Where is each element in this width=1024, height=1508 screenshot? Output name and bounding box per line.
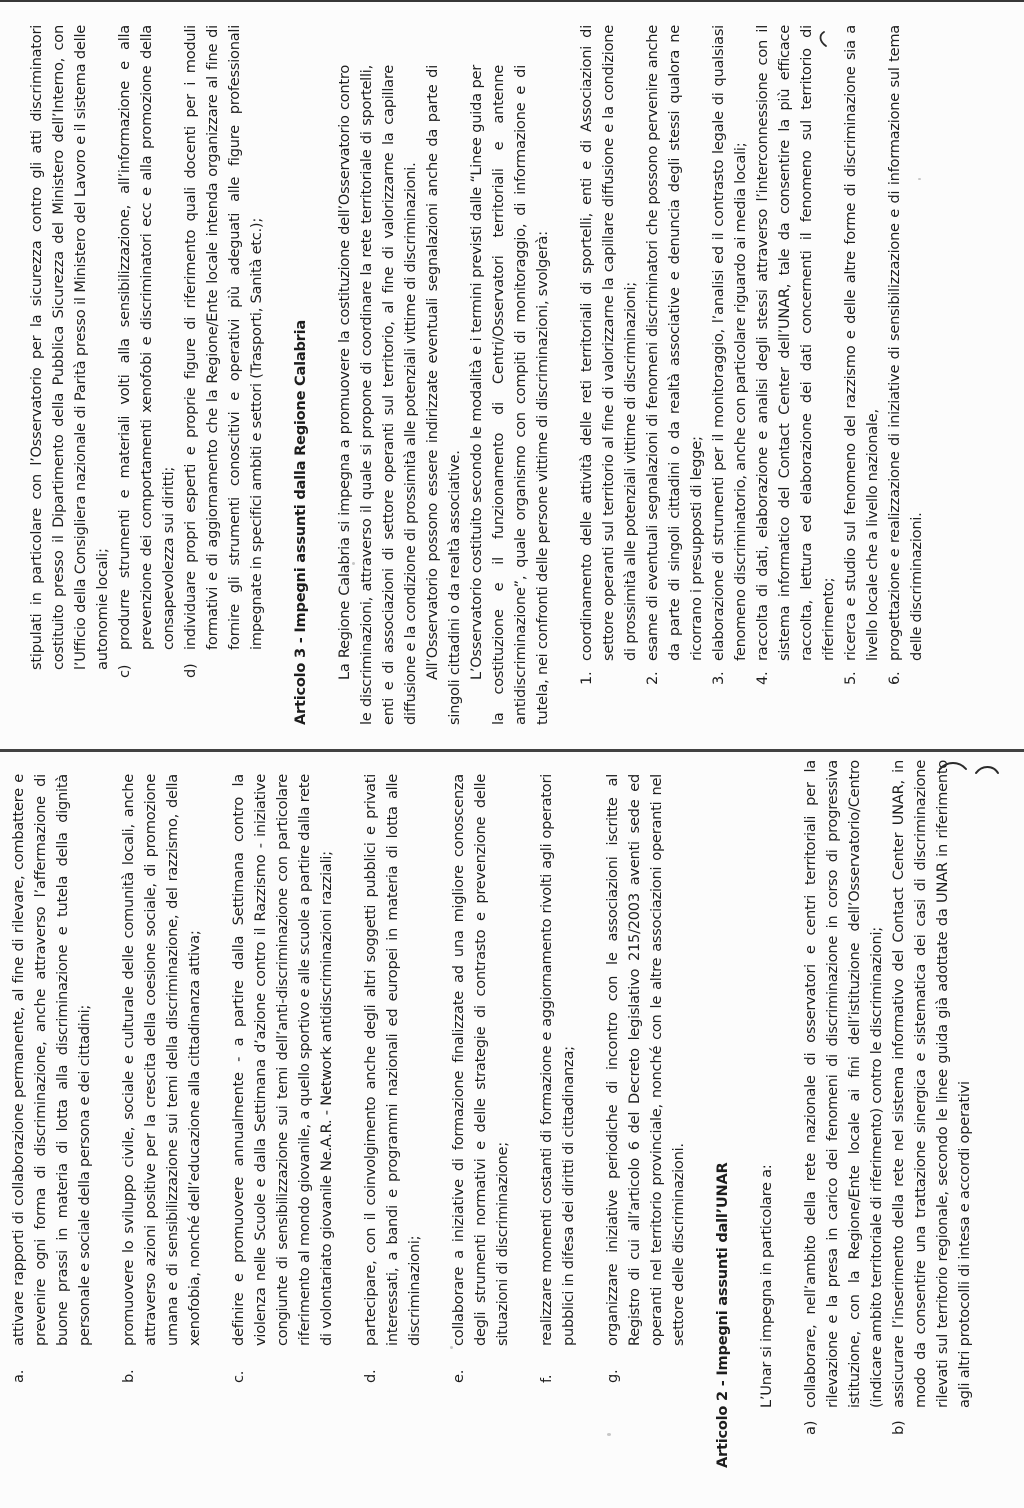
list-item-f: f. realizzare momenti costanti di formaz…: [536, 774, 580, 1383]
item-marker: 3.: [708, 672, 730, 685]
item-marker: d.: [360, 1370, 382, 1383]
article-2-intro: L’Unar si impegna in particolare a:: [756, 760, 778, 1408]
page-divider-line: [0, 749, 1024, 752]
item-marker: 6.: [884, 672, 906, 685]
scan-edge-line: [0, 0, 1024, 2]
item-marker: g.: [602, 1370, 624, 1383]
item-marker: d): [180, 664, 202, 678]
pen-mark-tick: [814, 30, 836, 48]
item-marker: 4.: [752, 672, 774, 685]
rotated-document-canvas: a. attivare rapporti di collaborazione p…: [0, 0, 1024, 1508]
item-marker: 1.: [576, 672, 598, 685]
item-text: promuovere lo sviluppo civile, sociale e…: [120, 774, 203, 1346]
item-marker: a.: [8, 1370, 30, 1383]
item-text: attivare rapporti di collaborazione perm…: [10, 774, 93, 1346]
item-marker: b.: [118, 1370, 140, 1383]
item-text: collaborare, nell’ambito della rete nazi…: [802, 760, 885, 1408]
item-marker: f.: [536, 1375, 558, 1383]
unar-item-a: a) collaborare, nell’ambito della rete n…: [800, 760, 888, 1435]
numbered-item-2: 2. esame di eventuali segnalazioni di fe…: [642, 25, 708, 685]
lettered-list-a-g: a. attivare rapporti di collaborazione p…: [8, 774, 690, 1383]
article-2-heading: Articolo 2 - Impegni assunti dall’UNAR: [712, 760, 734, 1468]
scan-speck: [918, 178, 921, 180]
item-marker: b): [888, 1421, 910, 1435]
unar-item-b: b) assicurare l’inserimento della rete n…: [888, 760, 976, 1435]
item-marker: 2.: [642, 672, 664, 685]
list-item-c-paren: c) produrre strumenti e materiali volti …: [114, 25, 180, 678]
item-marker: c.: [228, 1371, 250, 1383]
numbered-item-5: 5. ricerca e studio sul fenomeno del raz…: [840, 25, 884, 685]
list-item-g: g. organizzare iniziative periodiche di …: [602, 774, 690, 1383]
list-item-d: d. partecipare, con il coinvolgimento an…: [360, 774, 426, 1383]
article-3-heading: Articolo 3 - Impegni assunti dalla Regio…: [290, 25, 312, 725]
list-item-c: c. definire e promuovere annualmente - a…: [228, 774, 338, 1383]
lettered-list-unar: a) collaborare, nell’ambito della rete n…: [800, 760, 976, 1435]
scan-speck: [672, 1248, 675, 1251]
item-marker: a): [800, 1421, 822, 1435]
item-text: produrre strumenti e materiali volti all…: [116, 25, 177, 650]
list-item-d-paren: d) individuare propri esperti e proprie …: [180, 25, 268, 678]
item-text: ricerca e studio sul fenomeno del razzis…: [842, 25, 881, 661]
item-text: partecipare, con il coinvolgimento anche…: [362, 774, 423, 1346]
continuation-paragraph: stipulati in particolare con l’Osservato…: [26, 25, 114, 670]
item-text: collaborare a iniziative di formazione f…: [450, 774, 511, 1346]
item-text: raccolta di dati, elaborazione e analisi…: [754, 25, 837, 661]
item-text: progettazione e realizzazione di iniziat…: [886, 25, 925, 661]
numbered-item-6: 6. progettazione e realizzazione di iniz…: [884, 25, 928, 685]
article-3-paragraphs: La Regione Calabria si impegna a promuov…: [334, 25, 554, 725]
pen-mark-parenthesis: [938, 759, 975, 772]
item-text: definire e promuovere annualmente - a pa…: [230, 774, 335, 1346]
list-item-b: b. promuovere lo sviluppo civile, social…: [118, 774, 206, 1383]
numbered-item-3: 3. elaborazione di strumenti per il moni…: [708, 25, 752, 685]
list-item-e: e. collaborare a iniziative di formazion…: [448, 774, 514, 1383]
numbered-item-4: 4. raccolta di dati, elaborazione e anal…: [752, 25, 840, 685]
item-marker: c): [114, 665, 136, 678]
scanned-document-page: a. attivare rapporti di collaborazione p…: [0, 0, 1024, 1508]
item-text: individuare propri esperti e proprie fig…: [182, 25, 265, 650]
document-right-page: stipulati in particolare con l’Osservato…: [0, 0, 1024, 754]
document-left-page: a. attivare rapporti di collaborazione p…: [0, 754, 1024, 1508]
item-marker: 5.: [840, 672, 862, 685]
item-text: organizzare iniziative periodiche di inc…: [604, 774, 687, 1346]
lettered-list-c-d: c) produrre strumenti e materiali volti …: [114, 25, 268, 678]
numbered-item-1: 1. coordinamento delle attività delle re…: [576, 25, 642, 685]
pen-mark-parenthesis: [974, 763, 1007, 775]
list-item-a: a. attivare rapporti di collaborazione p…: [8, 774, 96, 1383]
item-marker: e.: [448, 1370, 470, 1383]
item-text: esame di eventuali segnalazioni di fenom…: [644, 25, 705, 661]
paragraph: All’Osservatorio possono essere indirizz…: [422, 65, 466, 725]
paragraph: L’Osservatorio costituito secondo le mod…: [466, 65, 554, 725]
item-text: realizzare momenti costanti di formazion…: [538, 774, 577, 1346]
item-text: coordinamento delle attività delle reti …: [578, 25, 639, 661]
item-text: elaborazione di strumenti per il monitor…: [710, 25, 749, 661]
numbered-list-1-6: 1. coordinamento delle attività delle re…: [576, 25, 928, 685]
paragraph: La Regione Calabria si impegna a promuov…: [334, 65, 422, 725]
scan-speck: [450, 1346, 453, 1349]
scan-speck: [607, 1433, 611, 1436]
scan-speck: [352, 562, 355, 565]
item-text: assicurare l’inserimento della rete nel …: [890, 760, 973, 1408]
